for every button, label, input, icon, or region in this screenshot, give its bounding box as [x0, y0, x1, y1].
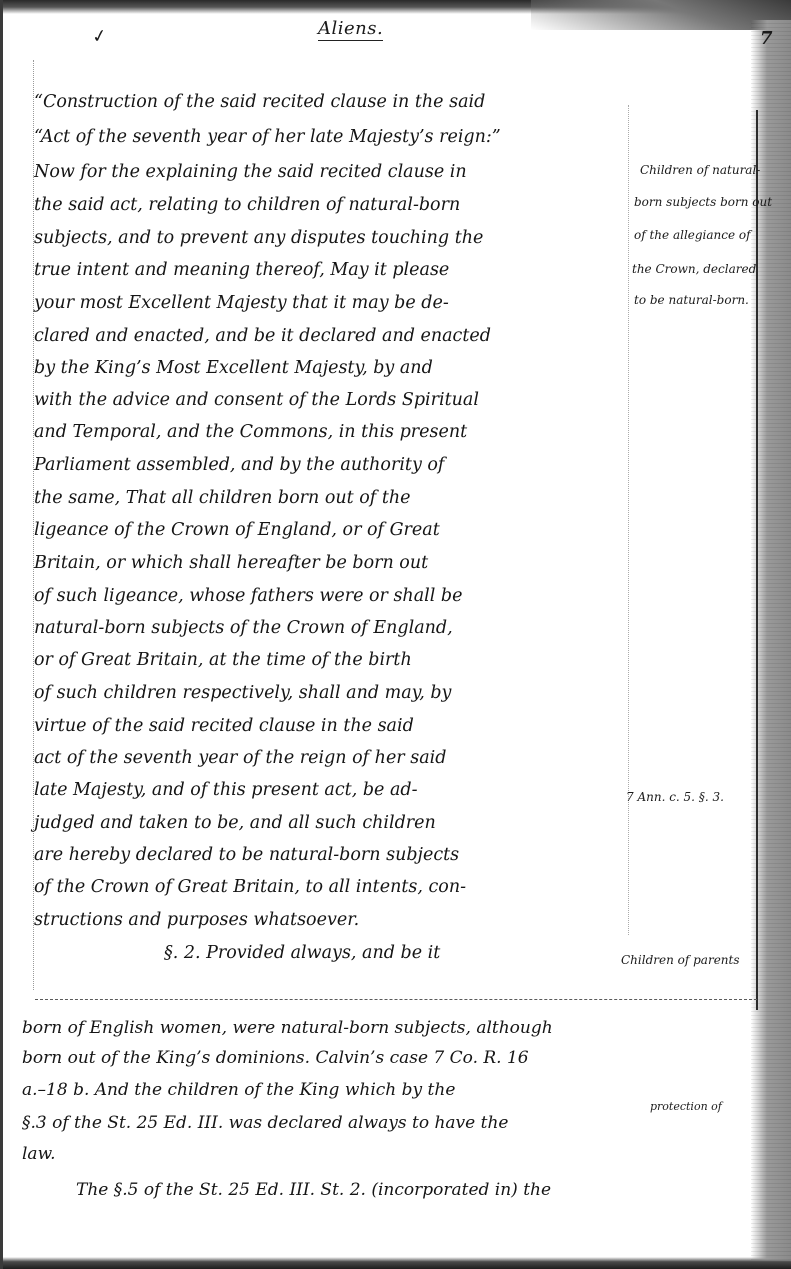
- note-margin-guide: [628, 105, 629, 935]
- footnote-divider: [35, 999, 757, 1000]
- body-line: or of Great Britain, at the time of the …: [34, 650, 412, 670]
- page-title: Aliens.: [318, 18, 383, 41]
- footnote-line: born out of the King’s dominions. Calvin…: [22, 1048, 529, 1068]
- footnote-line: a.–18 b. And the children of the King wh…: [22, 1080, 455, 1100]
- body-line: ligeance of the Crown of England, or of …: [34, 520, 440, 540]
- right-margin-rule: [756, 110, 758, 1010]
- body-line: judged and taken to be, and all such chi…: [34, 813, 436, 833]
- footnote-line: §.3 of the St. 25 Ed. III. was declared …: [22, 1113, 508, 1133]
- footnote-line: law.: [22, 1144, 56, 1164]
- body-line: are hereby declared to be natural-born s…: [34, 845, 459, 865]
- body-line: Parliament assembled, and by the authori…: [34, 455, 444, 475]
- body-line: with the advice and consent of the Lords…: [34, 390, 479, 410]
- scan-left-edge: [0, 0, 3, 1269]
- body-line: structions and purposes whatsoever.: [34, 910, 359, 930]
- body-line: of such ligeance, whose fathers were or …: [34, 586, 462, 606]
- margin-note-line: Children of natural-: [640, 163, 760, 177]
- body-line: the said act, relating to children of na…: [34, 195, 460, 215]
- margin-note-line: to be natural-born.: [634, 293, 749, 307]
- body-line: your most Excellent Majesty that it may …: [34, 293, 449, 313]
- body-line: late Majesty, and of this present act, b…: [34, 780, 418, 800]
- body-line: natural-born subjects of the Crown of En…: [34, 618, 453, 638]
- body-line: “Construction of the said recited clause…: [34, 92, 485, 112]
- body-line: of such children respectively, shall and…: [34, 683, 451, 703]
- interlinear-insertion: protection of: [650, 1100, 722, 1113]
- footnote-line: born of English women, were natural-born…: [22, 1018, 553, 1038]
- body-line: true intent and meaning thereof, May it …: [34, 260, 449, 280]
- body-line: by the King’s Most Excellent Majesty, by…: [34, 358, 433, 378]
- body-line: Now for the explaining the said recited …: [34, 162, 467, 182]
- body-line: the same, That all children born out of …: [34, 488, 410, 508]
- footnote-line: The §.5 of the St. 25 Ed. III. St. 2. (i…: [76, 1180, 551, 1200]
- check-mark-icon: ✓: [90, 25, 109, 48]
- margin-note-line: Children of parents: [621, 953, 740, 967]
- body-line: and Temporal, and the Commons, in this p…: [34, 422, 467, 442]
- body-line: clared and enacted, and be it declared a…: [34, 326, 491, 346]
- scan-bottom-shadow: [0, 1257, 791, 1269]
- margin-note-citation: 7 Ann. c. 5. §. 3.: [626, 790, 724, 804]
- body-line: of the Crown of Great Britain, to all in…: [34, 877, 466, 897]
- margin-note-line: born subjects born out: [634, 195, 772, 209]
- body-line: Britain, or which shall hereafter be bor…: [34, 553, 428, 573]
- body-line: virtue of the said recited clause in the…: [34, 716, 414, 736]
- margin-note-line: the Crown, declared: [632, 262, 756, 276]
- page-number: 7: [760, 28, 773, 49]
- margin-note-line: of the allegiance of: [634, 228, 751, 242]
- body-line: “Act of the seventh year of her late Maj…: [34, 127, 501, 147]
- body-line: subjects, and to prevent any disputes to…: [34, 228, 483, 248]
- section-2-line: §. 2. Provided always, and be it: [164, 943, 440, 963]
- body-line: act of the seventh year of the reign of …: [34, 748, 446, 768]
